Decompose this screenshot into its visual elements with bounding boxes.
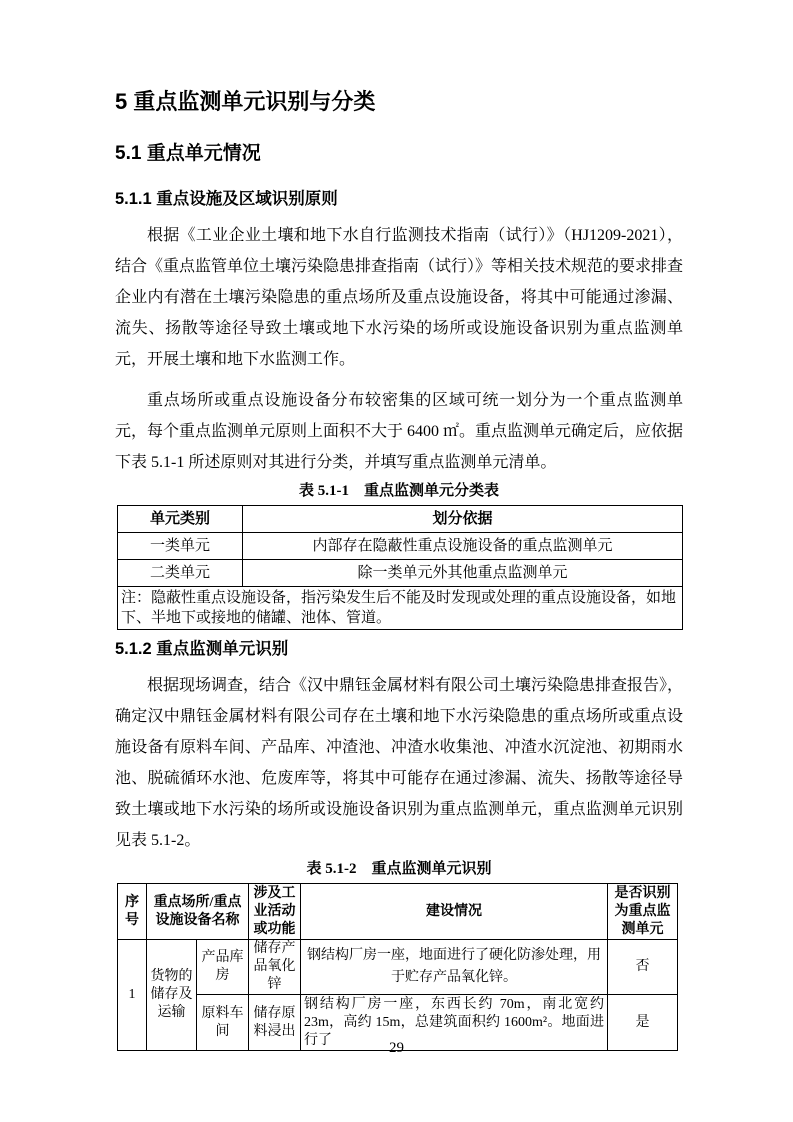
chapter-heading: 5 重点监测单元识别与分类 [115,88,683,116]
table2-header-seq: 序号 [118,884,147,940]
table2-header-place: 重点场所/重点设施设备名称 [147,884,249,940]
paragraph-identification-principles: 根据《工业企业土壤和地下水自行监测技术指南（试行）》（HJ1209-2021），… [115,220,683,375]
table1-row-class2: 二类单元 除一类单元外其他重点监测单元 [118,560,683,587]
table1-row-class1: 一类单元 内部存在隐蔽性重点设施设备的重点监测单元 [118,533,683,560]
paragraph-unit-identification: 根据现场调查，结合《汉中鼎钰金属材料有限公司土壤污染隐患排查报告》，确定汉中鼎钰… [115,670,683,856]
table2-header-is-key-unit: 是否识别为重点监测单元 [608,884,678,940]
section-heading: 5.1 重点单元情况 [115,142,683,166]
table-unit-identification: 序号 重点场所/重点设施设备名称 涉及工业活动或功能 建设情况 是否识别为重点监… [117,883,678,1051]
table1-header-category: 单元类别 [118,506,243,533]
table1-cell-class1-basis: 内部存在隐蔽性重点设施设备的重点监测单元 [243,533,683,560]
paragraph-unit-division: 重点场所或重点设施设备分布较密集的区域可统一划分为一个重点监测单元，每个重点监测… [115,385,683,478]
table1-note-row: 注：隐蔽性重点设施设备，指污染发生后不能及时发现或处理的重点设施设备，如地下、半… [118,587,683,630]
table2-header-activity: 涉及工业活动或功能 [249,884,301,940]
table1-cell-class1-name: 一类单元 [118,533,243,560]
table-unit-classification: 单元类别 划分依据 一类单元 内部存在隐蔽性重点设施设备的重点监测单元 二类单元… [117,505,683,630]
table2-row-product-warehouse: 1 货物的储存及运输 产品库房 储存产品氧化锌 钢结构厂房一座，地面进行了硬化防… [118,940,678,995]
document-page: 5 重点监测单元识别与分类 5.1 重点单元情况 5.1.1 重点设施及区域识别… [0,0,793,1122]
table1-note: 注：隐蔽性重点设施设备，指污染发生后不能及时发现或处理的重点设施设备，如地下、半… [118,587,683,630]
subsection-heading-512: 5.1.2 重点监测单元识别 [115,639,683,660]
table2-cell-name: 产品库房 [197,940,249,995]
table2-cell-construction: 钢结构厂房一座，地面进行了硬化防渗处理，用于贮存产品氧化锌。 [301,940,608,995]
table2-header-row: 序号 重点场所/重点设施设备名称 涉及工业活动或功能 建设情况 是否识别为重点监… [118,884,678,940]
subsection-heading-511: 5.1.1 重点设施及区域识别原则 [115,189,683,210]
table1-cell-class2-basis: 除一类单元外其他重点监测单元 [243,560,683,587]
table1-cell-class2-name: 二类单元 [118,560,243,587]
table1-caption: 表 5.1-1 重点监测单元分类表 [115,481,683,502]
table1-header-basis: 划分依据 [243,506,683,533]
table2-cell-is-key-unit: 否 [608,940,678,995]
table1-header-row: 单元类别 划分依据 [118,506,683,533]
page-content: 5 重点监测单元识别与分类 5.1 重点单元情况 5.1.1 重点设施及区域识别… [115,88,683,1051]
table2-caption: 表 5.1-2 重点监测单元识别 [115,859,683,880]
page-number: 29 [0,1039,793,1057]
table2-cell-activity: 储存产品氧化锌 [249,940,301,995]
table2-cell-group: 货物的储存及运输 [147,940,197,1051]
table2-cell-seq: 1 [118,940,147,1051]
table2-header-construction: 建设情况 [301,884,608,940]
